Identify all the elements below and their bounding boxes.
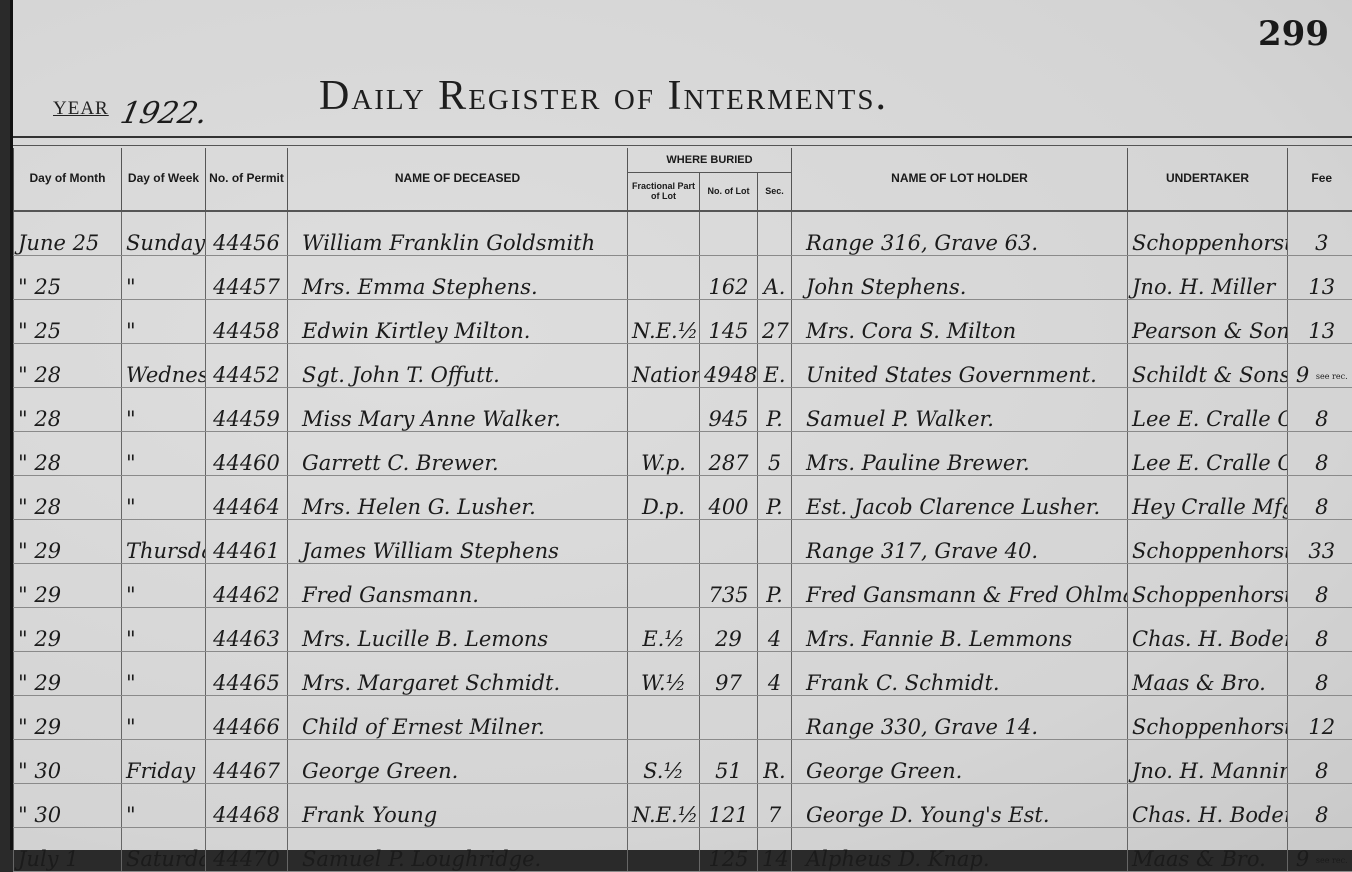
divider (13, 145, 1352, 146)
lot-holder-name: Mrs. Fannie B. Lemmons (792, 607, 1128, 651)
undertaker-name: Chas. H. Boden (1128, 607, 1288, 651)
lot-holder-name: Est. Jacob Clarence Lusher. (792, 475, 1128, 519)
table-row: " 28 Wednesday 44452 Sgt. John T. Offutt… (14, 343, 1352, 387)
lot-number: 121 (700, 783, 758, 827)
fee: 3 (1288, 211, 1352, 256)
lot-number: 287 (700, 431, 758, 475)
day-of-month: " 29 (14, 651, 122, 695)
lot-number: 125 (700, 827, 758, 850)
table-row: " 29 " 44462 Fred Gansmann. 735 P. Fred … (14, 563, 1352, 607)
permit-number: 44460 (206, 431, 288, 475)
fee: 12 (1288, 695, 1352, 739)
lot-holder-name: George Green. (792, 739, 1128, 783)
day-of-week: " (122, 695, 206, 739)
day-of-month: " 29 (14, 563, 122, 607)
deceased-name: Frank Young (288, 783, 628, 827)
deceased-name: George Green. (288, 739, 628, 783)
fee-value: 8 (1315, 583, 1328, 607)
header-permit: No. of Permit (206, 148, 288, 211)
fee: 8 (1288, 739, 1352, 783)
fee-value: 8 (1315, 759, 1328, 783)
fee: 13 (1288, 255, 1352, 299)
permit-number: 44465 (206, 651, 288, 695)
lot-holder-name: Range 316, Grave 63. (792, 211, 1128, 256)
undertaker-name: Schoppenhorst (1128, 519, 1288, 563)
day-of-week: Saturday (122, 827, 206, 850)
lot-holder-name: George D. Young's Est. (792, 783, 1128, 827)
day-of-month: June 25 (14, 211, 122, 256)
deceased-name: Samuel P. Loughridge. (288, 827, 628, 850)
day-of-month: " 25 (14, 255, 122, 299)
undertaker-name: Maas & Bro. (1128, 827, 1288, 850)
day-of-month: " 30 (14, 783, 122, 827)
day-of-month: " 29 (14, 519, 122, 563)
lot-holder-name: Alpheus D. Knap. (792, 827, 1128, 850)
section: 14 (758, 827, 792, 850)
day-of-week: Thursday (122, 519, 206, 563)
deceased-name: Miss Mary Anne Walker. (288, 387, 628, 431)
section: P. (758, 475, 792, 519)
fee: 8 (1288, 475, 1352, 519)
lot-number: 945 (700, 387, 758, 431)
day-of-week: " (122, 651, 206, 695)
divider (13, 136, 1352, 138)
section: P. (758, 387, 792, 431)
page-number: 299 (1258, 14, 1329, 54)
fee-value: 13 (1308, 319, 1335, 343)
section: P. (758, 563, 792, 607)
fee: 9 see rec. (1288, 827, 1352, 850)
table-row: " 29 " 44465 Mrs. Margaret Schmidt. W.½ … (14, 651, 1352, 695)
header-sec: Sec. (758, 173, 792, 211)
table-row: " 28 " 44459 Miss Mary Anne Walker. 945 … (14, 387, 1352, 431)
section: 4 (758, 651, 792, 695)
fee-value: 9 (1296, 847, 1309, 851)
deceased-name: Sgt. John T. Offutt. (288, 343, 628, 387)
day-of-week: " (122, 431, 206, 475)
section (758, 211, 792, 256)
table-row: " 25 " 44458 Edwin Kirtley Milton. N.E.½… (14, 299, 1352, 343)
lot-number (700, 211, 758, 256)
section (758, 695, 792, 739)
year-value: 1922. (117, 96, 210, 131)
day-of-week: " (122, 255, 206, 299)
deceased-name: James William Stephens (288, 519, 628, 563)
undertaker-name: Jno. H. Manning (1128, 739, 1288, 783)
lot-holder-name: Frank C. Schmidt. (792, 651, 1128, 695)
fee: 8 (1288, 783, 1352, 827)
day-of-month: " 28 (14, 431, 122, 475)
permit-number: 44466 (206, 695, 288, 739)
deceased-name: William Franklin Goldsmith (288, 211, 628, 256)
lot-number: 145 (700, 299, 758, 343)
fractional-part: W.½ (628, 651, 700, 695)
undertaker-name: Chas. H. Boden (1128, 783, 1288, 827)
fee-value: 8 (1315, 451, 1328, 475)
undertaker-name: Schoppenhorst (1128, 563, 1288, 607)
fee: 13 (1288, 299, 1352, 343)
deceased-name: Garrett C. Brewer. (288, 431, 628, 475)
deceased-name: Mrs. Helen G. Lusher. (288, 475, 628, 519)
table-row: " 29 " 44463 Mrs. Lucille B. Lemons E.½ … (14, 607, 1352, 651)
header-deceased: NAME OF DECEASED (288, 148, 628, 211)
day-of-month: " 29 (14, 607, 122, 651)
undertaker-name: Schoppenhorst (1128, 211, 1288, 256)
lot-holder-name: United States Government. (792, 343, 1128, 387)
header-lot-no: No. of Lot (700, 173, 758, 211)
fee-value: 8 (1315, 407, 1328, 431)
lot-number: 97 (700, 651, 758, 695)
section: 4 (758, 607, 792, 651)
fractional-part: N.E.½ (628, 783, 700, 827)
header-fee: Fee (1288, 148, 1352, 211)
lot-holder-name: Range 317, Grave 40. (792, 519, 1128, 563)
fractional-part (628, 563, 700, 607)
lot-number: 735 (700, 563, 758, 607)
permit-number: 44457 (206, 255, 288, 299)
day-of-week: " (122, 783, 206, 827)
fractional-part: S.½ (628, 739, 700, 783)
lot-number (700, 519, 758, 563)
lot-holder-name: Fred Gansmann & Fred Ohlmann (792, 563, 1128, 607)
fractional-part (628, 519, 700, 563)
lot-number: 4948 (700, 343, 758, 387)
day-of-month: " 25 (14, 299, 122, 343)
undertaker-name: Hey Cralle Mfg. Co. (1128, 475, 1288, 519)
undertaker-name: Lee E. Cralle Co. (1128, 387, 1288, 431)
year-label: YEAR (53, 98, 109, 120)
fractional-part: D.p. (628, 475, 700, 519)
fee-note: see rec. (1316, 372, 1348, 381)
header-day-of-week: Day of Week (122, 148, 206, 211)
table-row: " 30 Friday 44467 George Green. S.½ 51 R… (14, 739, 1352, 783)
permit-number: 44462 (206, 563, 288, 607)
table-row: " 25 " 44457 Mrs. Emma Stephens. 162 A. … (14, 255, 1352, 299)
permit-number: 44467 (206, 739, 288, 783)
fee-value: 13 (1308, 275, 1335, 299)
header-where-buried: WHERE BURIED (628, 148, 792, 173)
day-of-month: " 28 (14, 475, 122, 519)
permit-number: 44470 (206, 827, 288, 850)
header-day-of-month: Day of Month (14, 148, 122, 211)
day-of-week: " (122, 563, 206, 607)
deceased-name: Mrs. Margaret Schmidt. (288, 651, 628, 695)
fractional-part (628, 387, 700, 431)
fee-value: 33 (1308, 539, 1335, 563)
day-of-week: Wednesday (122, 343, 206, 387)
undertaker-name: Pearson & Son (1128, 299, 1288, 343)
fractional-part: N.E.½ (628, 299, 700, 343)
lot-holder-name: Samuel P. Walker. (792, 387, 1128, 431)
day-of-week: Sunday (122, 211, 206, 256)
table-row: " 28 " 44460 Garrett C. Brewer. W.p. 287… (14, 431, 1352, 475)
day-of-month: July 1 (14, 827, 122, 850)
section: 5 (758, 431, 792, 475)
lot-number: 400 (700, 475, 758, 519)
permit-number: 44464 (206, 475, 288, 519)
section: E. (758, 343, 792, 387)
fee: 8 (1288, 563, 1352, 607)
day-of-week: " (122, 387, 206, 431)
permit-number: 44458 (206, 299, 288, 343)
deceased-name: Mrs. Emma Stephens. (288, 255, 628, 299)
header-lot-holder: NAME OF LOT HOLDER (792, 148, 1128, 211)
fee: 8 (1288, 651, 1352, 695)
lot-number: 162 (700, 255, 758, 299)
undertaker-name: Lee E. Cralle Co. (1128, 431, 1288, 475)
fee: 9 see rec. (1288, 343, 1352, 387)
lot-holder-name: Range 330, Grave 14. (792, 695, 1128, 739)
permit-number: 44456 (206, 211, 288, 256)
fractional-part (628, 695, 700, 739)
undertaker-name: Schoppenhorst (1128, 695, 1288, 739)
fractional-part: National (628, 343, 700, 387)
table-row: " 29 " 44466 Child of Ernest Milner. Ran… (14, 695, 1352, 739)
fee-value: 12 (1308, 715, 1335, 739)
fee-value: 9 (1296, 363, 1309, 387)
day-of-month: " 28 (14, 387, 122, 431)
register-page: 299 YEAR 1922. Daily Register of Interme… (10, 0, 1352, 850)
section: 27 (758, 299, 792, 343)
section: 7 (758, 783, 792, 827)
table-row: " 28 " 44464 Mrs. Helen G. Lusher. D.p. … (14, 475, 1352, 519)
day-of-week: " (122, 299, 206, 343)
undertaker-name: Schildt & Sons (1128, 343, 1288, 387)
lot-holder-name: John Stephens. (792, 255, 1128, 299)
permit-number: 44459 (206, 387, 288, 431)
lot-holder-name: Mrs. Cora S. Milton (792, 299, 1128, 343)
permit-number: 44461 (206, 519, 288, 563)
day-of-week: " (122, 607, 206, 651)
permit-number: 44468 (206, 783, 288, 827)
page-title: Daily Register of Interments. (319, 72, 888, 120)
fee: 8 (1288, 431, 1352, 475)
lot-number: 51 (700, 739, 758, 783)
day-of-month: " 30 (14, 739, 122, 783)
fee: 8 (1288, 607, 1352, 651)
header-undertaker: UNDERTAKER (1128, 148, 1288, 211)
undertaker-name: Maas & Bro. (1128, 651, 1288, 695)
fractional-part (628, 827, 700, 850)
fee: 33 (1288, 519, 1352, 563)
deceased-name: Mrs. Lucille B. Lemons (288, 607, 628, 651)
table-row: June 25 Sunday 44456 William Franklin Go… (14, 211, 1352, 256)
fractional-part: E.½ (628, 607, 700, 651)
lot-number: 29 (700, 607, 758, 651)
lot-number (700, 695, 758, 739)
permit-number: 44463 (206, 607, 288, 651)
section (758, 519, 792, 563)
fractional-part (628, 255, 700, 299)
section: R. (758, 739, 792, 783)
day-of-week: " (122, 475, 206, 519)
deceased-name: Edwin Kirtley Milton. (288, 299, 628, 343)
interment-register-table: Day of Month Day of Week No. of Permit N… (13, 148, 1352, 850)
fractional-part: W.p. (628, 431, 700, 475)
header-fractional: Fractional Part of Lot (628, 173, 700, 211)
permit-number: 44452 (206, 343, 288, 387)
deceased-name: Fred Gansmann. (288, 563, 628, 607)
day-of-week: Friday (122, 739, 206, 783)
table-row: July 1 Saturday 44470 Samuel P. Loughrid… (14, 827, 1352, 850)
fee: 8 (1288, 387, 1352, 431)
fee-value: 8 (1315, 495, 1328, 519)
section: A. (758, 255, 792, 299)
fee-value: 8 (1315, 803, 1328, 827)
day-of-month: " 28 (14, 343, 122, 387)
fee-value: 8 (1315, 671, 1328, 695)
table-row: " 29 Thursday 44461 James William Stephe… (14, 519, 1352, 563)
fee-value: 3 (1315, 231, 1328, 255)
fee-value: 8 (1315, 627, 1328, 651)
table-row: " 30 " 44468 Frank Young N.E.½ 121 7 Geo… (14, 783, 1352, 827)
day-of-month: " 29 (14, 695, 122, 739)
undertaker-name: Jno. H. Miller (1128, 255, 1288, 299)
deceased-name: Child of Ernest Milner. (288, 695, 628, 739)
lot-holder-name: Mrs. Pauline Brewer. (792, 431, 1128, 475)
fractional-part (628, 211, 700, 256)
